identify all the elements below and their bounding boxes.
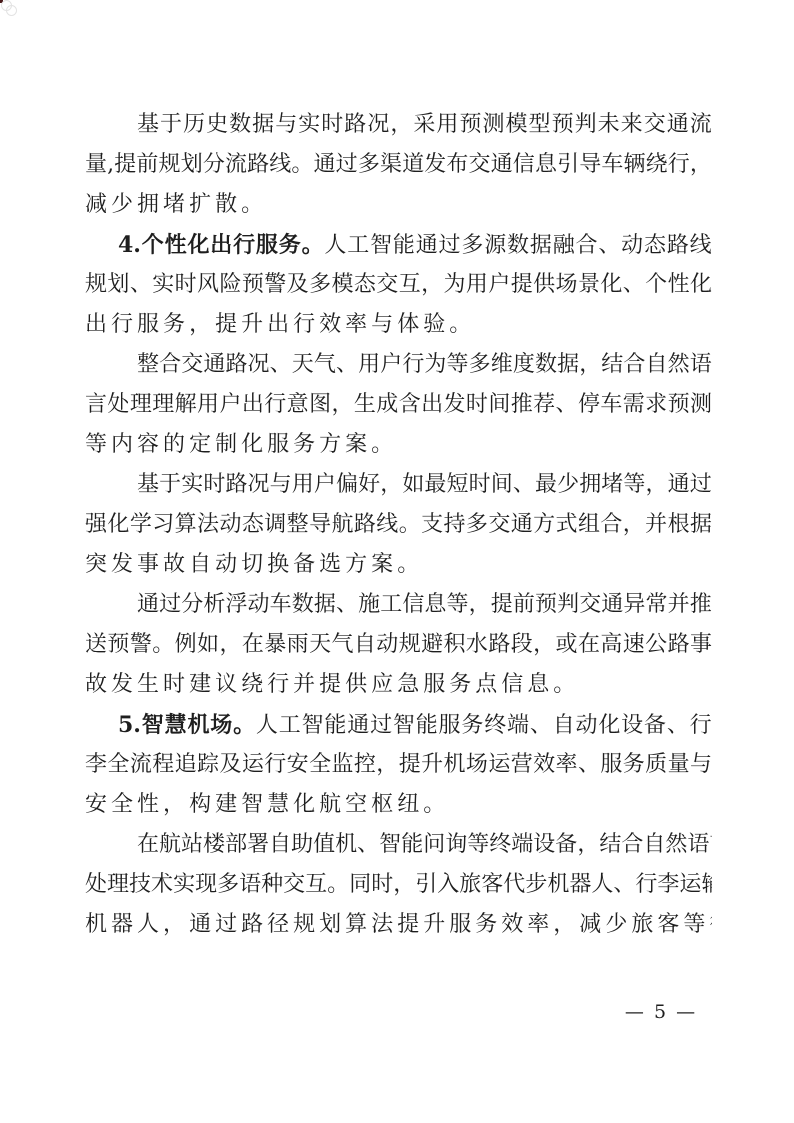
page-number: — 5 — — [606, 1000, 716, 1024]
text-line: 在航站楼部署自助值机、智能问询等终端设备，结合自然语言 — [85, 825, 712, 865]
text-line: 通过分析浮动车数据、施工信息等，提前预判交通异常并推 — [85, 585, 712, 625]
text-line: 5.智慧机场。人工智能通过智能服务终端、自动化设备、行 — [85, 705, 712, 745]
document-page: 基于历史数据与实时路况，采用预测模型预判未来交通流量,提前规划分流路线。通过多渠… — [0, 0, 794, 1123]
text-line: 基于历史数据与实时路况，采用预测模型预判未来交通流 — [85, 105, 712, 145]
text-line: 出行服务，提升出行效率与体验。 — [85, 305, 712, 345]
text-line: 故发生时建议绕行并提供应急服务点信息。 — [85, 665, 712, 705]
text-line: 4.个性化出行服务。人工智能通过多源数据融合、动态路线 — [85, 225, 712, 265]
text-line: 安全性，构建智慧化航空枢纽。 — [85, 785, 712, 825]
text-line: 整合交通路况、天气、用户行为等多维度数据，结合自然语 — [85, 345, 712, 385]
text-line: 送预警。例如，在暴雨天气自动规避积水路段，或在高速公路事 — [85, 625, 712, 665]
text-block: 基于历史数据与实时路况，采用预测模型预判未来交通流量,提前规划分流路线。通过多渠… — [85, 105, 712, 945]
text-line: 突发事故自动切换备选方案。 — [85, 545, 712, 585]
text-line: 等内容的定制化服务方案。 — [85, 425, 712, 465]
text-line: 处理技术实现多语种交互。同时，引入旅客代步机器人、行李运输 — [85, 865, 712, 905]
scan-artifact-circle — [6, 5, 17, 16]
text-line: 机器人，通过路径规划算法提升服务效率，减少旅客等待时间。 — [85, 905, 712, 945]
text-line: 言处理理解用户出行意图，生成含出发时间推荐、停车需求预测 — [85, 385, 712, 425]
text-line: 强化学习算法动态调整导航路线。支持多交通方式组合，并根据 — [85, 505, 712, 545]
text-line: 基于实时路况与用户偏好，如最短时间、最少拥堵等，通过 — [85, 465, 712, 505]
text-line: 规划、实时风险预警及多模态交互，为用户提供场景化、个性化 — [85, 265, 712, 305]
text-line: 量,提前规划分流路线。通过多渠道发布交通信息引导车辆绕行， — [85, 145, 712, 185]
text-line: 减少拥堵扩散。 — [85, 185, 712, 225]
text-line: 李全流程追踪及运行安全监控，提升机场运营效率、服务质量与 — [85, 745, 712, 785]
